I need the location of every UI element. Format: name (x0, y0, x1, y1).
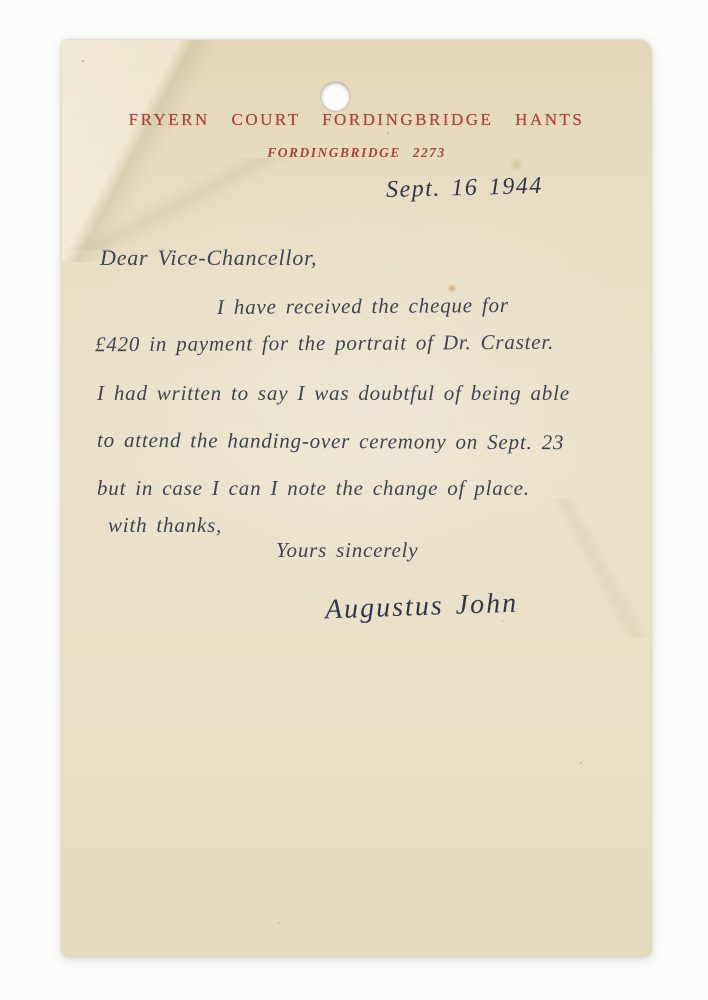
letterhead-phone: FORDINGBRIDGE 2273 (62, 145, 651, 161)
crease-mid-right (540, 498, 652, 638)
paper-specks (82, 60, 84, 62)
letter-photograph: FRYERN COURT FORDINGBRIDGE HANTS FORDING… (0, 0, 708, 1000)
body-line: I have received the cheque for (217, 293, 509, 320)
body-line: I had written to say I was doubtful of b… (97, 381, 570, 406)
body-line: with thanks, (108, 513, 222, 538)
punch-hole (321, 82, 350, 111)
body-line: £420 in payment for the portrait of Dr. … (95, 330, 554, 357)
letter-paper: FRYERN COURT FORDINGBRIDGE HANTS FORDING… (62, 40, 651, 956)
letterhead-address: FRYERN COURT FORDINGBRIDGE HANTS (62, 110, 651, 130)
salutation: Dear Vice-Chancellor, (100, 245, 317, 271)
signature-augustus-john: Augustus John (325, 588, 519, 627)
body-line: to attend the handing-over ceremony on S… (97, 428, 564, 455)
closing-valediction: Yours sincerely (276, 538, 418, 563)
crease-fold-line (62, 158, 297, 250)
body-line: but in case I can I note the change of p… (97, 476, 530, 501)
stain-spot (447, 284, 457, 293)
handwritten-date: Sept. 16 1944 (386, 173, 543, 204)
